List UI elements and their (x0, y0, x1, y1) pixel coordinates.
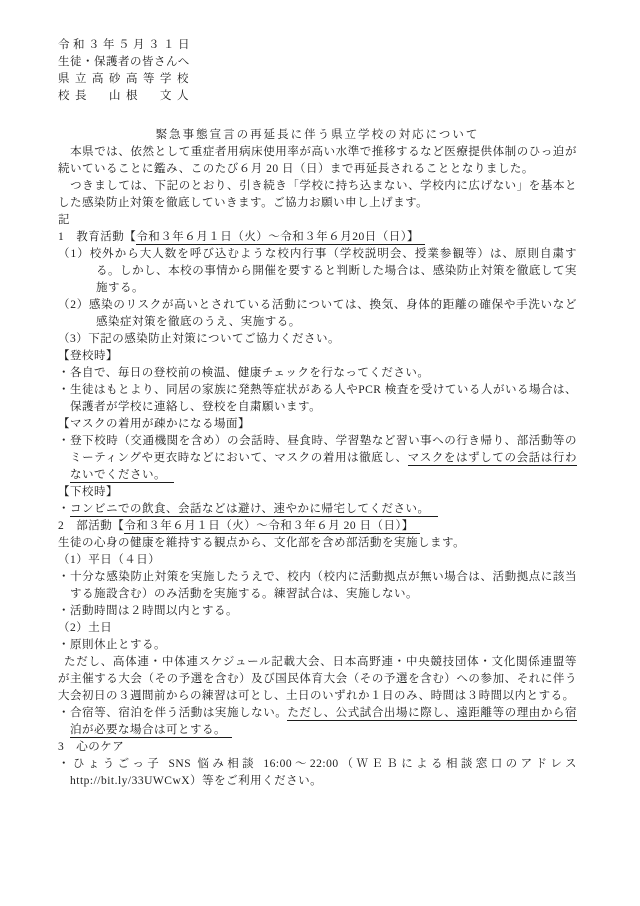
leave-bullet-marker: ・ (58, 503, 70, 515)
document-title: 緊急事態宣言の再延長に伴う県立学校の対応について (58, 127, 577, 144)
weekday-bullet-1: ・十分な感染防止対策を実施したうえで、校内（校内に活動拠点が無い場合は、活動拠点… (58, 569, 577, 603)
section1-item-2: （2）感染のリスクが高いとされている活動については、換気、身体的距離の確保や手洗… (58, 297, 577, 331)
section2-heading-period: 令和３年６月１日（火）～令和３年６月 20 日（日）】 (124, 520, 420, 534)
section1-item-3: （3）下記の感染防止対策についてご協力ください。 (58, 331, 577, 348)
arrival-bullet-1: ・各自で、毎日の登校前の検温、健康チェックを行なってください。 (58, 365, 577, 382)
arrival-time-header: 【登校時】 (58, 348, 577, 365)
school-name: 県立高砂高等学校 (58, 71, 577, 88)
lodging-bullet-text: ・合宿等、宿泊を伴う活動は実施しない。 (58, 707, 287, 719)
counseling-bullet-text: ・ひょうごっ子 SNS 悩み相談 16:00～22:00（ＷＥＢによる相談窓口の… (58, 758, 577, 770)
lodging-bullet: ・合宿等、宿泊を伴う活動は実施しない。ただし、公式試合出場に際し、遠距離等の理由… (58, 705, 577, 739)
weekend-exception-note: ただし、高体連・中体連スケジュール記載大会、日本高野連・中央競技団体・文化関係連… (58, 654, 577, 705)
intro-paragraph-1: 本県では、依然として重症者用病床使用率が高い水準で推移するなど医療提供体制のひっ… (58, 144, 577, 178)
leave-bullet: ・コンビニでの飲食、会話などは避け、速やかに帰宅してください。 (58, 501, 577, 518)
document-page: 令和３年５月３１日 生徒・保護者の皆さんへ 県立高砂高等学校 校長 山根 文人 … (0, 0, 640, 906)
section1-heading: 1 教育活動【令和３年６月１日（火）～令和３年６月20日（日）】 (58, 229, 577, 246)
ki-marker: 記 (58, 212, 577, 229)
arrival-bullet-2: ・生徒はもとより、同居の家族に発熱等症状がある人やPCR 検査を受けている人がい… (58, 382, 577, 416)
section3-heading: 3 心のケア (58, 739, 577, 756)
leave-time-header: 【下校時】 (58, 484, 577, 501)
weekday-bullet-2: ・活動時間は２時間以内とする。 (58, 603, 577, 620)
section2-item-1: （1）平日（４日） (58, 552, 577, 569)
consultation-url: http://bit.ly/33UWCwX (70, 775, 190, 787)
intro-paragraph-2: つきましては、下記のとおり、引き続き「学校に持ち込まない、学校内に広げない」を基… (58, 178, 577, 212)
section1-item-1: （1）校外から大人数を呼び込むような校内行事（学校説明会、授業参観等）は、原則自… (58, 246, 577, 297)
section2-heading: 2 部活動【令和３年６月１日（火）～令和３年６月 20 日（日）】 (58, 518, 577, 535)
weekend-bullet-1: ・原則休止とする。 (58, 637, 577, 654)
leave-bullet-underlined: コンビニでの飲食、会話などは避け、速やかに帰宅してください。 (70, 503, 438, 517)
section1-heading-prefix: 1 教育活動【 (58, 231, 136, 243)
recipient-line: 生徒・保護者の皆さんへ (58, 54, 577, 71)
section1-heading-period: 令和３年６月１日（火）～令和３年６月20日（日）】 (136, 231, 425, 245)
section2-lead: 生徒の心身の健康を維持する観点から、文化部を含め部活動を実施します。 (58, 535, 577, 552)
mask-situation-header: 【マスクの着用が疎かになる場面】 (58, 416, 577, 433)
mask-bullet: ・登下校時（交通機関を含め）の会話時、昼食時、学習塾など習い事への行き帰り、部活… (58, 433, 577, 484)
principal-name: 校長 山根 文人 (58, 88, 577, 105)
section2-heading-prefix: 2 部活動【 (58, 520, 124, 532)
counseling-bullet: ・ひょうごっ子 SNS 悩み相談 16:00～22:00（ＷＥＢによる相談窓口の… (58, 756, 577, 790)
document-date: 令和３年５月３１日 (58, 37, 577, 54)
section2-item-2: （2）土日 (58, 620, 577, 637)
counseling-bullet-tail: ）等をご利用ください。 (190, 775, 322, 787)
